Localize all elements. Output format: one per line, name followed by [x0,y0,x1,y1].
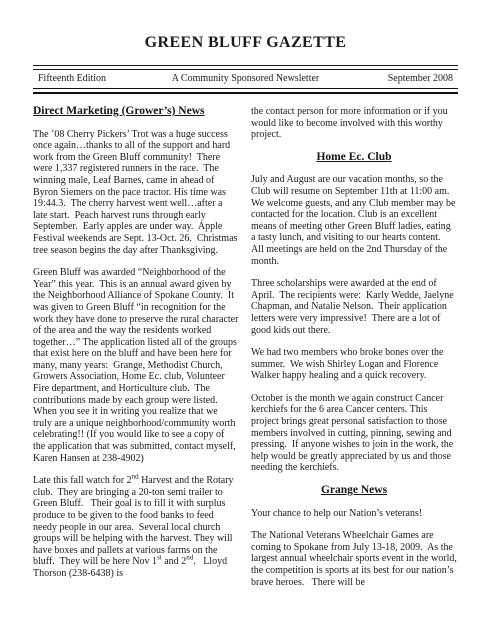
section-heading-direct-marketing-growers-news: Direct Marketing (Grower’s) News [33,106,239,118]
masthead-row: Fifteenth Edition A Community Sponsored … [33,70,458,88]
issue-date-label: September 2008 [331,73,453,84]
newsletter-subtitle: A Community Sponsored Newsletter [160,73,331,84]
paragraph-cancer-kerchiefs: October is the month we again construct … [251,393,457,474]
paragraph-broken-bones: We had two members who broke bones over … [251,347,457,382]
paragraph-second-harvest-rotary: Late this fall watch for 2nd Harvest and… [33,475,239,579]
paragraph-cherry-pickers-trot: The ’08 Cherry Pickers’ Trot was a huge … [33,129,239,257]
paragraph-wheelchair-games: The National Veterans Wheelchair Games a… [251,530,457,588]
edition-label: Fifteenth Edition [38,73,160,84]
newsletter-page: GREEN BLUFF GAZETTE Fifteenth Edition A … [0,0,488,632]
masthead-rule-bottom [33,88,458,94]
section-heading-home-ec-club: Home Ec. Club [251,152,457,164]
paragraph-veterans-intro: Your chance to help our Nation’s veteran… [251,508,457,520]
paragraph-neighborhood-of-the-year: Green Bluff was awarded “Neighborhood of… [33,267,239,464]
right-column: the contact person for more information … [251,106,457,599]
paragraph-club-resume: July and August are our vacation months,… [251,174,457,267]
paragraph-contact-person-continuation: the contact person for more information … [251,106,457,141]
section-heading-grange-news: Grange News [251,485,457,497]
paragraph-scholarships: Three scholarships were awarded at the e… [251,278,457,336]
newsletter-title: GREEN BLUFF GAZETTE [33,34,458,52]
left-column: Direct Marketing (Grower’s) News The ’08… [33,106,239,599]
body-columns: Direct Marketing (Grower’s) News The ’08… [33,106,458,599]
